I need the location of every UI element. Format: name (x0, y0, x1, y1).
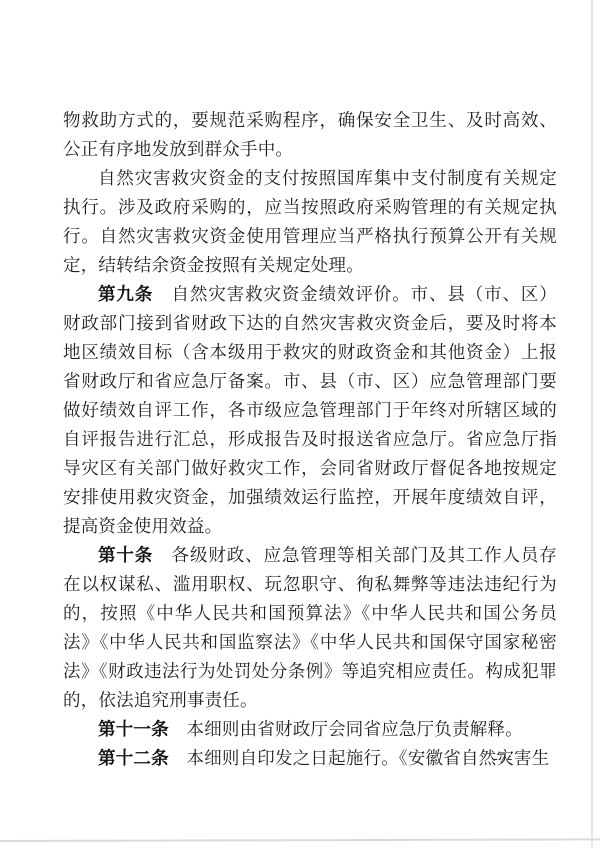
document-body: 物救助方式的，要规范采购程序，确保安全卫生、及时高效、公正有序地发放到群众手中。… (63, 106, 557, 773)
paragraph-continuation: 物救助方式的，要规范采购程序，确保安全卫生、及时高效、公正有序地发放到群众手中。 (63, 106, 557, 164)
paragraph-text: 本细则由省财政厅会同省应急厅负责解释。 (169, 719, 523, 739)
paragraph-article-10: 第十条 各级财政、应急管理等相关部门及其工作人员存在以权谋私、滥用职权、玩忽职守… (63, 541, 557, 715)
paragraph-text: 物救助方式的，要规范采购程序，确保安全卫生、及时高效、公正有序地发放到群众手中。 (63, 110, 557, 159)
article-heading: 第九条 (98, 284, 153, 304)
scan-edge-bottom-line (0, 838, 600, 842)
scanned-document-page: 物救助方式的，要规范采购程序，确保安全卫生、及时高效、公正有序地发放到群众手中。… (0, 0, 600, 848)
article-heading: 第十一条 (98, 719, 169, 739)
scan-edge-right-line (591, 0, 593, 848)
article-heading: 第十二条 (98, 748, 169, 768)
article-heading: 第十条 (98, 545, 153, 565)
paragraph-article-9: 第九条 自然灾害救灾资金绩效评价。市、县（市、区）财政部门接到省财政下达的自然灾… (63, 280, 557, 541)
paragraph-text: 自然灾害救灾资金绩效评价。市、县（市、区）财政部门接到省财政下达的自然灾害救灾资… (63, 284, 557, 536)
paragraph-text: 各级财政、应急管理等相关部门及其工作人员存在以权谋私、滥用职权、玩忽职守、徇私舞… (63, 545, 557, 710)
paragraph-article-11: 第十一条 本细则由省财政厅会同省应急厅负责解释。 (63, 715, 557, 744)
page-number: -7- (453, 751, 553, 768)
paragraph: 自然灾害救灾资金的支付按照国库集中支付制度有关规定执行。涉及政府采购的，应当按照… (63, 164, 557, 280)
paragraph-text: 自然灾害救灾资金的支付按照国库集中支付制度有关规定执行。涉及政府采购的，应当按照… (63, 168, 557, 275)
